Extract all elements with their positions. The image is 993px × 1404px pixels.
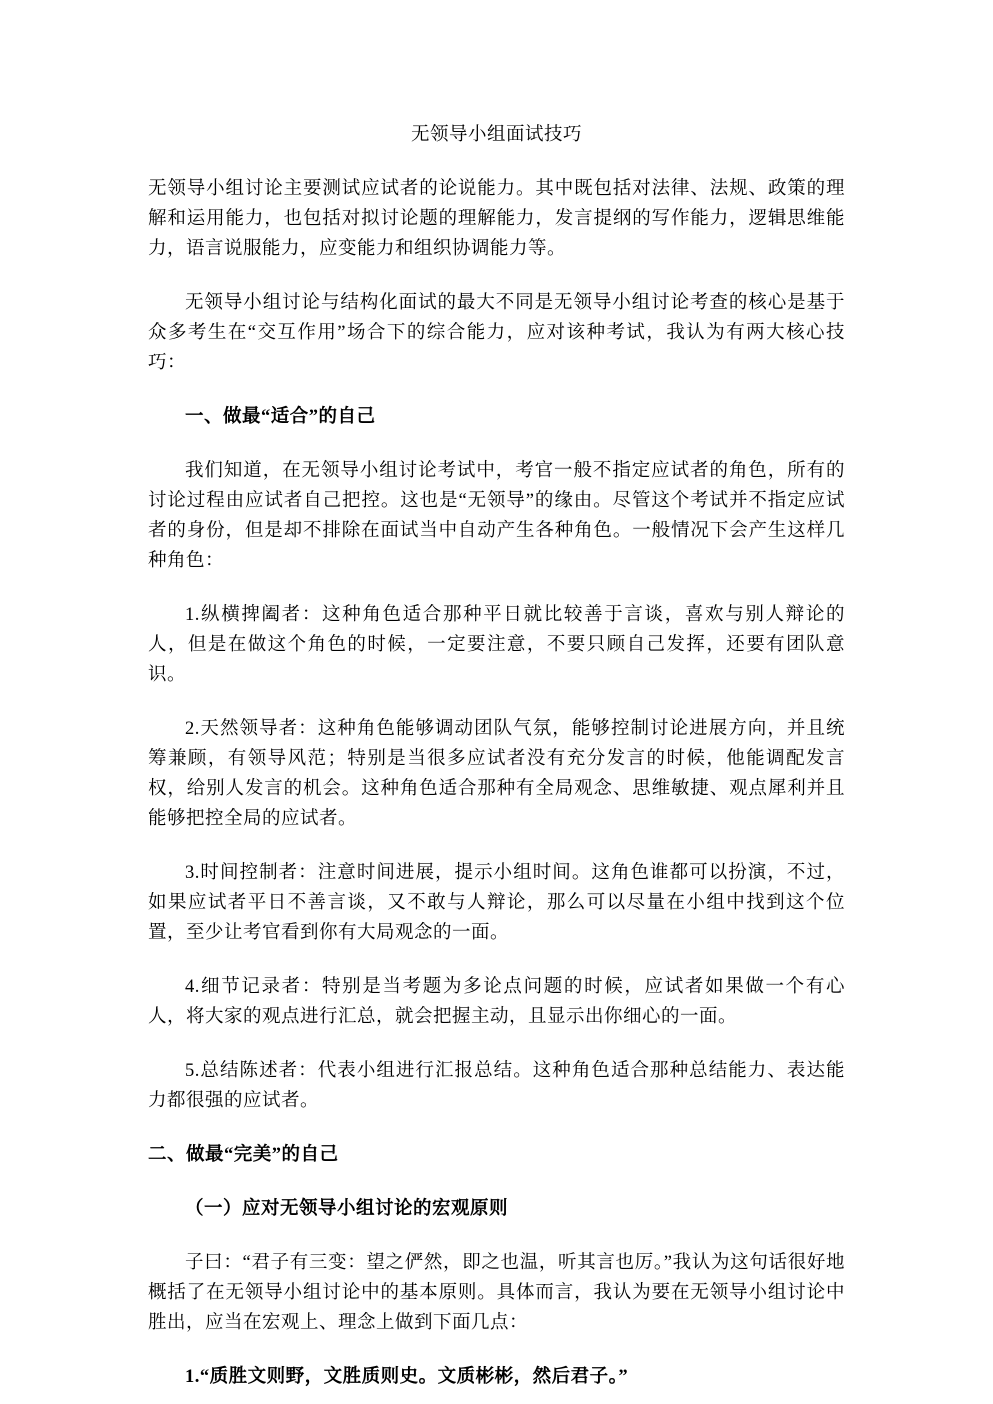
roles-intro-paragraph: 我们知道，在无领导小组讨论考试中，考官一般不指定应试者的角色，所有的讨论过程由应…	[148, 456, 845, 576]
difference-paragraph: 无领导小组讨论与结构化面试的最大不同是无领导小组讨论考查的核心是基于众多考生在“…	[148, 288, 845, 378]
section-1-heading: 一、做最“适合”的自己	[148, 402, 845, 432]
role-4-paragraph: 4.细节记录者：特别是当考题为多论点问题的时候，应试者如果做一个有心人，将大家的…	[148, 972, 845, 1032]
principle-1-heading: 1.“质胜文则野，文胜质则史。文质彬彬，然后君子。”	[148, 1362, 845, 1392]
role-1-paragraph: 1.纵横捭阖者：这种角色适合那种平日就比较善于言谈，喜欢与别人辩论的人，但是在做…	[148, 600, 845, 690]
page-title: 无领导小组面试技巧	[148, 120, 845, 150]
section-2-1-heading: （一）应对无领导小组讨论的宏观原则	[148, 1194, 845, 1224]
role-5-paragraph: 5.总结陈述者：代表小组进行汇报总结。这种角色适合那种总结能力、表达能力都很强的…	[148, 1056, 845, 1116]
intro-paragraph: 无领导小组讨论主要测试应试者的论说能力。其中既包括对法律、法规、政策的理解和运用…	[148, 174, 845, 264]
role-3-paragraph: 3.时间控制者：注意时间进展，提示小组时间。这角色谁都可以扮演，不过，如果应试者…	[148, 858, 845, 948]
section-2-heading: 二、做最“完美”的自己	[148, 1140, 845, 1170]
principle-paragraph: 子曰：“君子有三变：望之俨然，即之也温，听其言也厉。”我认为这句话很好地概括了在…	[148, 1248, 845, 1338]
role-2-paragraph: 2.天然领导者：这种角色能够调动团队气氛，能够控制讨论进展方向，并且统筹兼顾，有…	[148, 714, 845, 834]
document-page: 无领导小组面试技巧 无领导小组讨论主要测试应试者的论说能力。其中既包括对法律、法…	[0, 0, 993, 1404]
